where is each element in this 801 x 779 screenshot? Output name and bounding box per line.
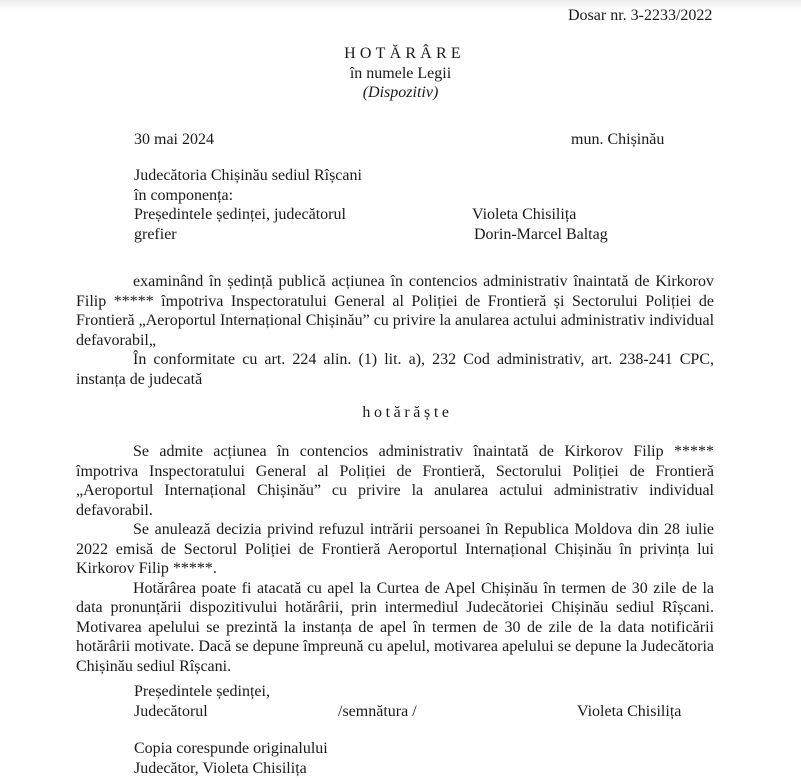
copy-note: Copia corespunde originalului bbox=[134, 739, 328, 759]
document-subtitle-note: (Dispozitiv) bbox=[0, 83, 801, 103]
case-number: Dosar nr. 3-2233/2022 bbox=[568, 6, 712, 26]
composition-label: în componența: bbox=[134, 186, 233, 206]
decision-section: Se admite acțiunea în contencios adminis… bbox=[76, 442, 714, 676]
decision-paragraph: Se admite acțiunea în contencios adminis… bbox=[76, 442, 714, 520]
court-name: Judecătoria Chișinău sediul Rîșcani bbox=[134, 166, 362, 186]
document-title-block: HOTĂRÂRE în numele Legii (Dispozitiv) bbox=[0, 44, 801, 103]
signature-role: Judecătorul bbox=[134, 702, 208, 722]
signature-name: Violeta Chisilița bbox=[577, 702, 681, 722]
member-name: Dorin-Marcel Baltag bbox=[474, 225, 608, 245]
copy-note-signer: Judecător, Violeta Chisilița bbox=[134, 759, 307, 779]
document-subtitle: în numele Legii bbox=[0, 64, 801, 84]
signature-title: Președintele ședinței, bbox=[134, 682, 270, 702]
member-name: Violeta Chisilița bbox=[472, 205, 576, 225]
document-title: HOTĂRÂRE bbox=[0, 44, 801, 64]
decision-date: 30 mai 2024 bbox=[134, 130, 214, 150]
intro-section: examinând în ședință publică acțiunea în… bbox=[76, 272, 714, 389]
decision-paragraph: Hotărârea poate fi atacată cu apel la Cu… bbox=[76, 579, 714, 677]
decision-place: mun. Chișinău bbox=[571, 130, 664, 150]
verdict-heading: hotărăște bbox=[0, 403, 801, 423]
decision-paragraph: Se anulează decizia privind refuzul intr… bbox=[76, 520, 714, 579]
intro-paragraph: În conformitate cu art. 224 alin. (1) li… bbox=[76, 350, 714, 389]
intro-paragraph: examinând în ședință publică acțiunea în… bbox=[76, 272, 714, 350]
member-role: grefier bbox=[134, 225, 177, 245]
member-role: Președintele ședinței, judecătorul bbox=[134, 205, 346, 225]
signature-mark: /semnătura / bbox=[338, 702, 417, 722]
